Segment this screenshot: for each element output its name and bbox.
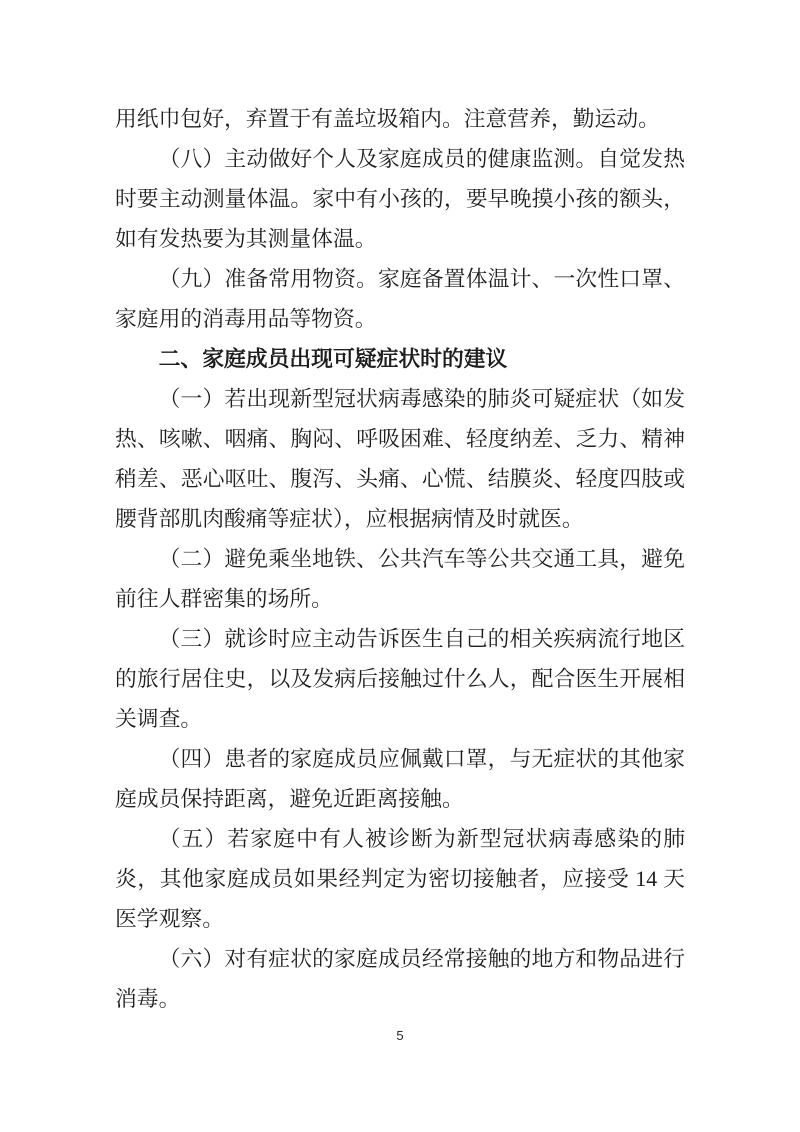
document-page: 用纸巾包好，弃置于有盖垃圾箱内。注意营养，勤运动。 （八）主动做好个人及家庭成员… [0,0,800,1132]
paragraph-item-1: （一）若出现新型冠状病毒感染的肺炎可疑症状（如发热、咳嗽、咽痛、胸闷、呼吸困难、… [115,379,685,539]
paragraph-item-5: （五）若家庭中有人被诊断为新型冠状病毒感染的肺炎，其他家庭成员如果经判定为密切接… [115,819,685,939]
paragraph-item-3: （三）就诊时应主动告诉医生自己的相关疾病流行地区的旅行居住史，以及发病后接触过什… [115,619,685,739]
section-heading: 二、家庭成员出现可疑症状时的建议 [115,339,685,379]
paragraph-continuation: 用纸巾包好，弃置于有盖垃圾箱内。注意营养，勤运动。 [115,99,685,139]
paragraph-item-9: （九）准备常用物资。家庭备置体温计、一次性口罩、家庭用的消毒用品等物资。 [115,259,685,339]
document-body: 用纸巾包好，弃置于有盖垃圾箱内。注意营养，勤运动。 （八）主动做好个人及家庭成员… [115,99,685,1019]
paragraph-item-4: （四）患者的家庭成员应佩戴口罩，与无症状的其他家庭成员保持距离，避免近距离接触。 [115,739,685,819]
page-number: 5 [0,1028,800,1043]
paragraph-item-2: （二）避免乘坐地铁、公共汽车等公共交通工具，避免前往人群密集的场所。 [115,539,685,619]
paragraph-item-8: （八）主动做好个人及家庭成员的健康监测。自觉发热时要主动测量体温。家中有小孩的，… [115,139,685,259]
paragraph-item-6: （六）对有症状的家庭成员经常接触的地方和物品进行消毒。 [115,939,685,1019]
